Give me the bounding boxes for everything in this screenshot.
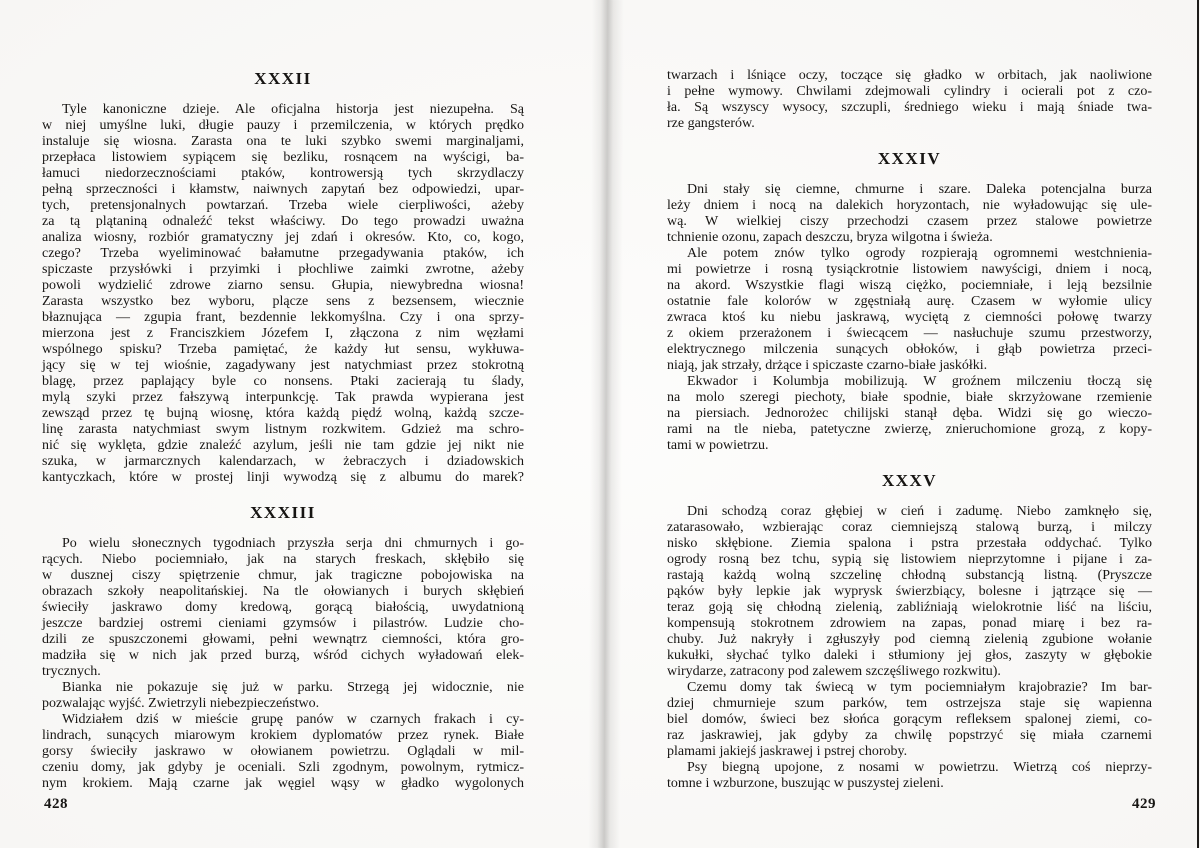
paragraph: Psy biegną upojone, z nosami w powietrzu… — [667, 760, 1152, 792]
text-line: tych, pretensjonalnych powtarzań. Trzeba… — [42, 198, 524, 214]
text-line: instaluje się wiosna. Zarasta ona te luk… — [42, 134, 524, 150]
text-line: czeniu domy, jak gdyby je oceniali. Szli… — [42, 760, 524, 776]
text-line: powoli wydzielić zdrowe ziarno sensu. Gł… — [42, 278, 524, 294]
section-heading: XXXIII — [42, 504, 524, 522]
text-line: leży dniem i nocą na dalekich horyzontac… — [667, 198, 1152, 214]
text-line: przepłaca listowiem sypiącem się bezliku… — [42, 150, 524, 166]
text-line: jeszcze bardziej ostremi cieniami gzymsó… — [42, 616, 524, 632]
text-line: twarzach i lśniące oczy, toczące się gła… — [667, 68, 1152, 84]
text-line: kantyczkach, które w prostej linji wywod… — [42, 470, 524, 486]
text-line: raz jaskrawiej, jak gdyby za chwilę pops… — [667, 728, 1152, 744]
text-line: mylą szyki przez fałszywą interpunkcję. … — [42, 390, 524, 406]
text-line: nym krokiem. Mają czarne jak węgiel wąsy… — [42, 776, 524, 792]
text-line: gorsy świeciły jaskrawo w ołowianem powi… — [42, 744, 524, 760]
text-line: rastają każdą wolną szczelinę chłodną su… — [667, 568, 1152, 584]
text-line: z okiem przerażonem i świecącem — nasłuc… — [667, 326, 1152, 342]
text-line: Dni stały się ciemne, chmurne i szare. D… — [667, 182, 1152, 198]
text-line: jący się w tej wiośnie, zagadywany jest … — [42, 358, 524, 374]
page-gutter-shadow — [588, 0, 624, 848]
text-line: czego? Trzeba wyeliminować bałamutne prz… — [42, 246, 524, 262]
text-line: lindrach, sunących miarowym krokiem dypl… — [42, 728, 524, 744]
text-line: kompensują stokrotnem zdrowiem na zapas,… — [667, 616, 1152, 632]
text-line: plamami jakiejś jaskrawej i pstrej choro… — [667, 744, 1152, 760]
page-number-right: 429 — [1058, 796, 1156, 813]
text-line: szuka, w jarmarcznych kalendarzach, w że… — [42, 454, 524, 470]
text-line: na molo szeregi piechoty, białe spodnie,… — [667, 390, 1152, 406]
text-line: ostatnie fale kolorów w zgęstniałą aurę.… — [667, 294, 1152, 310]
text-line: wą. W wielkiej ciszy przechodzi czasem p… — [667, 214, 1152, 230]
text-line: chuby. Już nakryły i zgłuszyły pod ciemn… — [667, 632, 1152, 648]
paragraph: Tyle kanoniczne dzieje. Ale oficjalna hi… — [42, 102, 524, 486]
text-line: linę zarasta natychmiast swym listnym ro… — [42, 422, 524, 438]
text-line: Dni schodzą coraz głębiej w cień i zadum… — [667, 504, 1152, 520]
text-line: dziej chmurnieje szum parków, tem ostrze… — [667, 696, 1152, 712]
text-line: pąków były lepkie jak wyprysk świerzbiąc… — [667, 584, 1152, 600]
text-line: kukułki, słychać tylko daleki i stłumion… — [667, 648, 1152, 664]
text-line: wspólnego spisku? Trzeba pamiętać, że ka… — [42, 342, 524, 358]
text-line: pozwalając wyjść. Zwietrzyli niebezpiecz… — [42, 696, 524, 712]
text-line: blagę, przez paplający byle co nonsens. … — [42, 374, 524, 390]
text-line: ła. Są wszyscy wysocy, szczupli, średnie… — [667, 100, 1152, 116]
text-line: wirydarze, zatracony pod zalewem szczęśl… — [667, 664, 1152, 680]
text-line: i pełne wymowy. Chwilami zdejmowali cyli… — [667, 84, 1152, 100]
text-line: ogrody rosną bez tchu, sypią się listowi… — [667, 552, 1152, 568]
section-heading: XXXII — [42, 70, 524, 88]
text-line: rących. Niebo pociemniało, jak na staryc… — [42, 552, 524, 568]
text-line: za tą plątaniną odnaleźć tekst właściwy.… — [42, 214, 524, 230]
text-line: nić się wyklęta, gdzie znaleźć azylum, j… — [42, 438, 524, 454]
text-line: Ale potem znów tylko ogrody rozpierają o… — [667, 246, 1152, 262]
paragraph: Dni schodzą coraz głębiej w cień i zadum… — [667, 504, 1152, 680]
paragraph: Ekwador i Kolumbja mobilizują. W groźnem… — [667, 374, 1152, 454]
section-heading: XXXIV — [667, 150, 1152, 168]
text-line: Widziałem dziś w mieście grupę panów w c… — [42, 712, 524, 728]
paragraph: Widziałem dziś w mieście grupę panów w c… — [42, 712, 524, 792]
text-line: zwraca ktoś ku niebu jaskrawą, wyciętą z… — [667, 310, 1152, 326]
text-line: madziła się w nich jak przed burzą, wśró… — [42, 648, 524, 664]
text-line: na piersiach. Jednorożec chilijski staną… — [667, 406, 1152, 422]
text-line: Zarasta wszystko bez wyboru, plącze sens… — [42, 294, 524, 310]
text-line: spiczaste przysłówki i przyimki i płochl… — [42, 262, 524, 278]
paragraph: Czemu domy tak świecą w tym pociemniałym… — [667, 680, 1152, 760]
text-line: elektrycznego milczenia sunących obłoków… — [667, 342, 1152, 358]
text-line: nisko skłębione. Ziemia spalona i pstra … — [667, 536, 1152, 552]
text-line: dzili ze spuszczonemi głowami, pełni wew… — [42, 632, 524, 648]
text-line: tami w powietrzu. — [667, 438, 1152, 454]
text-line: Tyle kanoniczne dzieje. Ale oficjalna hi… — [42, 102, 524, 118]
text-line: na akord. Wszystkie flagi wiszą ciężko, … — [667, 278, 1152, 294]
text-line: mi powietrze i rosną tysiąckrotnie listo… — [667, 262, 1152, 278]
book-spread: XXXIITyle kanoniczne dzieje. Ale oficjal… — [0, 0, 1200, 848]
text-line: Psy biegną upojone, z nosami w powietrzu… — [667, 760, 1152, 776]
text-line: obrazach szkoły neapolitańskiej. Na tle … — [42, 584, 524, 600]
text-line: zewsząd przez tę bujną wiosnę, która każ… — [42, 406, 524, 422]
text-line: świeciły jaskrawo domy kredową, gorącą b… — [42, 600, 524, 616]
text-line: mierzona jest z Franciszkiem Józefem I, … — [42, 326, 524, 342]
text-line: rami na tle nieba, patetyczne zwierzę, z… — [667, 422, 1152, 438]
page-left-text: XXXIITyle kanoniczne dzieje. Ale oficjal… — [42, 70, 524, 792]
page-right-text: twarzach i lśniące oczy, toczące się gła… — [667, 68, 1152, 792]
text-line: zatarasowało, wzbierając coraz ciemniejs… — [667, 520, 1152, 536]
text-line: trycznych. — [42, 664, 524, 680]
text-line: tomne i wzburzone, buszując w puszystej … — [667, 776, 1152, 792]
paragraph: Bianka nie pokazuje się już w parku. Str… — [42, 680, 524, 712]
text-line: biel domów, świeci bez słońca gorącym re… — [667, 712, 1152, 728]
paragraph: Po wielu słonecznych tygodniach przyszła… — [42, 536, 524, 680]
page-number-left: 428 — [44, 796, 68, 813]
text-line: błaznująca — zgupia frant, bezdennie lek… — [42, 310, 524, 326]
text-line: Czemu domy tak świecą w tym pociemniałym… — [667, 680, 1152, 696]
text-line: Ekwador i Kolumbja mobilizują. W groźnem… — [667, 374, 1152, 390]
text-line: łamuci niedorzecznościami ptaków, kontro… — [42, 166, 524, 182]
paragraph: Ale potem znów tylko ogrody rozpierają o… — [667, 246, 1152, 374]
paragraph: twarzach i lśniące oczy, toczące się gła… — [667, 68, 1152, 132]
text-line: analiza wiosny, rozbiór gramatyczny jej … — [42, 230, 524, 246]
text-line: w niej umyślne luki, długie pauzy i prze… — [42, 118, 524, 134]
text-line: niają, jak strzały, drżące i spiczaste c… — [667, 358, 1152, 374]
scan-edge-line — [1197, 0, 1199, 848]
section-heading: XXXV — [667, 472, 1152, 490]
text-line: rze gangsterów. — [667, 116, 1152, 132]
text-line: pełną sprzeczności i kłamstw, naiwnych z… — [42, 182, 524, 198]
text-line: Po wielu słonecznych tygodniach przyszła… — [42, 536, 524, 552]
text-line: tchnienie ozonu, zapach deszczu, bryza w… — [667, 230, 1152, 246]
text-line: Bianka nie pokazuje się już w parku. Str… — [42, 680, 524, 696]
text-line: teraz goją się chłodną zielenią, zabliźn… — [667, 600, 1152, 616]
paragraph: Dni stały się ciemne, chmurne i szare. D… — [667, 182, 1152, 246]
text-line: w dusznej ciszy spiętrzenie chmur, jak t… — [42, 568, 524, 584]
